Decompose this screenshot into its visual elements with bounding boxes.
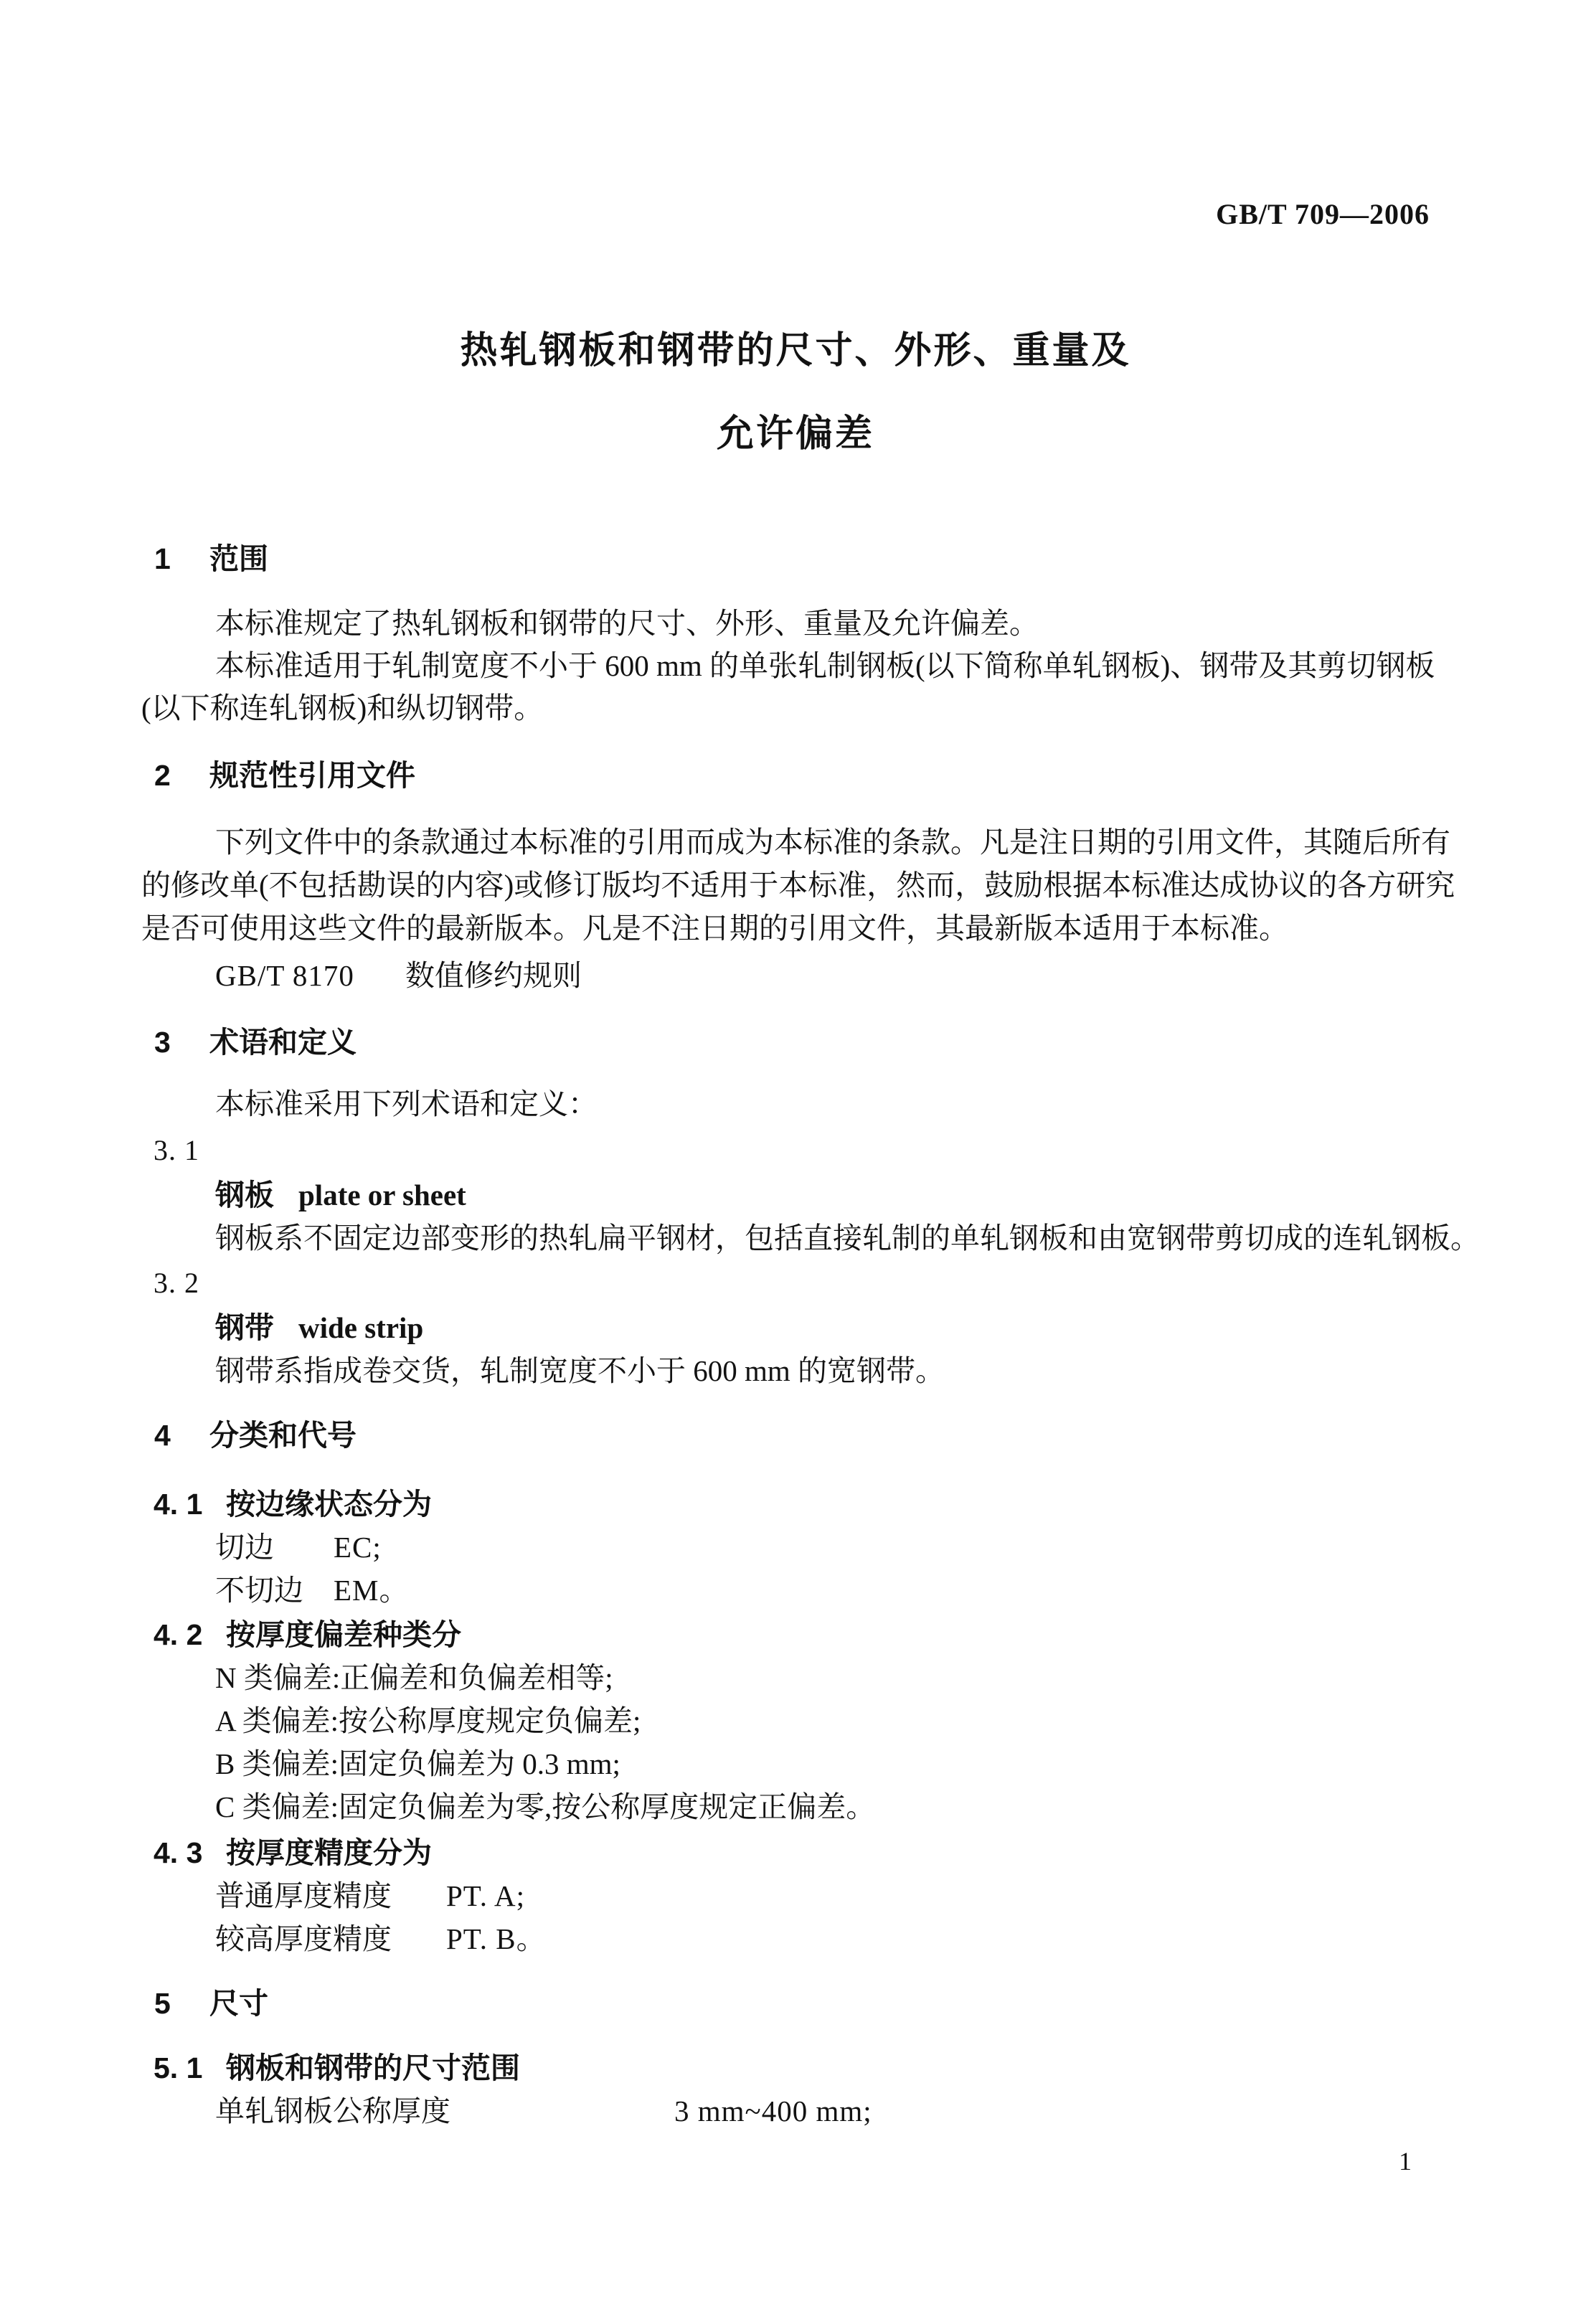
doc-title-line2: 允许偏差	[0, 413, 1591, 456]
page-number: 1	[1399, 2147, 1412, 2176]
section-4-number: 4	[154, 1419, 209, 1452]
clause-4-2-title: 按厚度偏差种类分	[226, 1618, 461, 1651]
section-3-intro: 本标准采用下列术语和定义：	[215, 1087, 598, 1121]
clause-4-3-title: 按厚度精度分为	[226, 1836, 432, 1869]
section-2-number: 2	[154, 759, 209, 793]
single-rolled-plate-thickness-value: 3 mm~400 mm;	[674, 2094, 872, 2127]
edge-type-trimmed-code: EC;	[334, 1531, 382, 1564]
clause-4-2-number: 4. 2	[154, 1618, 226, 1652]
thickness-precision-normal-label: 普通厚度精度	[215, 1879, 446, 1913]
referenced-standard-title: 数值修约规则	[405, 959, 582, 992]
single-rolled-plate-thickness-label: 单轧钢板公称厚度	[215, 2094, 674, 2128]
section-3-number: 3	[154, 1026, 209, 1059]
referenced-standard: GB/T 8170数值修约规则	[215, 959, 582, 993]
clause-4-1-title: 按边缘状态分为	[226, 1488, 432, 1521]
thickness-precision-high: 较高厚度精度PT. B。	[215, 1922, 547, 1956]
clause-4-3-number: 4. 3	[154, 1836, 226, 1870]
term-plate-definition: 钢板系不固定边部变形的热轧扁平钢材，包括直接轧制的单轧钢板和由宽钢带剪切成的连轧…	[215, 1222, 1480, 1255]
edge-type-untrimmed-code: EM。	[334, 1574, 410, 1607]
section-3-heading: 3术语和定义	[154, 1026, 357, 1059]
thickness-precision-high-code: PT. B。	[446, 1922, 547, 1955]
clause-4-1-number: 4. 1	[154, 1488, 226, 1521]
clause-3-1-number: 3. 1	[154, 1134, 199, 1167]
section-1-paragraph-2-line-1: 本标准适用于轧制宽度不小于 600 mm 的单张轧制钢板(以下简称单轧钢板)、钢…	[215, 649, 1435, 683]
tolerance-class-c: C 类偏差:固定负偏差为零,按公称厚度规定正偏差。	[215, 1790, 875, 1824]
standard-code: GB/T 709—2006	[1216, 198, 1430, 231]
single-rolled-plate-thickness-range: 单轧钢板公称厚度3 mm~400 mm;	[215, 2094, 872, 2128]
document-page: GB/T 709—2006 热轧钢板和钢带的尺寸、外形、重量及 允许偏差 1范围…	[0, 0, 1591, 2324]
section-2-title: 规范性引用文件	[209, 759, 415, 792]
clause-5-1-title: 钢板和钢带的尺寸范围	[226, 2051, 520, 2084]
section-3-title: 术语和定义	[209, 1026, 357, 1059]
edge-type-trimmed-label: 切边	[215, 1531, 334, 1564]
section-4-heading: 4分类和代号	[154, 1419, 357, 1452]
term-wide-strip-definition: 钢带系指成卷交货，轧制宽度不小于 600 mm 的宽钢带。	[215, 1354, 945, 1388]
term-plate-cn: 钢板	[215, 1178, 298, 1212]
section-5-number: 5	[154, 1987, 209, 2021]
doc-title-line1: 热轧钢板和钢带的尺寸、外形、重量及	[0, 330, 1591, 373]
section-2-paragraph-line-1: 下列文件中的条款通过本标准的引用而成为本标准的条款。凡是注日期的引用文件，其随后…	[215, 826, 1450, 859]
thickness-precision-normal: 普通厚度精度PT. A;	[215, 1879, 525, 1913]
term-wide-strip-cn: 钢带	[215, 1311, 298, 1345]
term-wide-strip: 钢带wide strip	[215, 1311, 423, 1345]
clause-4-3-heading: 4. 3按厚度精度分为	[154, 1836, 432, 1870]
section-1-number: 1	[154, 542, 209, 576]
section-2-heading: 2规范性引用文件	[154, 759, 415, 793]
clause-4-2-heading: 4. 2按厚度偏差种类分	[154, 1618, 461, 1652]
clause-3-2-number: 3. 2	[154, 1267, 199, 1300]
edge-type-trimmed: 切边EC;	[215, 1531, 382, 1564]
term-wide-strip-en: wide strip	[298, 1311, 423, 1344]
tolerance-class-a: A 类偏差:按公称厚度规定负偏差;	[215, 1704, 641, 1738]
tolerance-class-n: N 类偏差:正偏差和负偏差相等;	[215, 1661, 613, 1695]
section-1-paragraph-1: 本标准规定了热轧钢板和钢带的尺寸、外形、重量及允许偏差。	[215, 607, 1039, 641]
section-1-title: 范围	[209, 542, 268, 575]
term-plate-en: plate or sheet	[298, 1178, 466, 1211]
section-2-paragraph-line-2: 的修改单(不包括勘误的内容)或修订版均不适用于本标准，然而，鼓励根据本标准达成协…	[141, 869, 1455, 902]
clause-5-1-number: 5. 1	[154, 2051, 226, 2085]
referenced-standard-code: GB/T 8170	[215, 959, 405, 993]
thickness-precision-high-label: 较高厚度精度	[215, 1922, 446, 1956]
clause-5-1-heading: 5. 1钢板和钢带的尺寸范围	[154, 2051, 520, 2085]
section-4-title: 分类和代号	[209, 1419, 357, 1452]
edge-type-untrimmed: 不切边EM。	[215, 1574, 410, 1607]
edge-type-untrimmed-label: 不切边	[215, 1574, 334, 1607]
tolerance-class-b: B 类偏差:固定负偏差为 0.3 mm;	[215, 1747, 620, 1781]
section-5-heading: 5尺寸	[154, 1987, 268, 2021]
section-1-paragraph-2-line-2: (以下称连轧钢板)和纵切钢带。	[141, 691, 543, 725]
term-plate: 钢板plate or sheet	[215, 1178, 466, 1212]
thickness-precision-normal-code: PT. A;	[446, 1879, 525, 1912]
section-5-title: 尺寸	[209, 1987, 268, 2020]
section-2-paragraph-line-3: 是否可使用这些文件的最新版本。凡是不注日期的引用文件，其最新版本适用于本标准。	[141, 912, 1288, 945]
clause-4-1-heading: 4. 1按边缘状态分为	[154, 1488, 432, 1521]
section-1-heading: 1范围	[154, 542, 268, 576]
